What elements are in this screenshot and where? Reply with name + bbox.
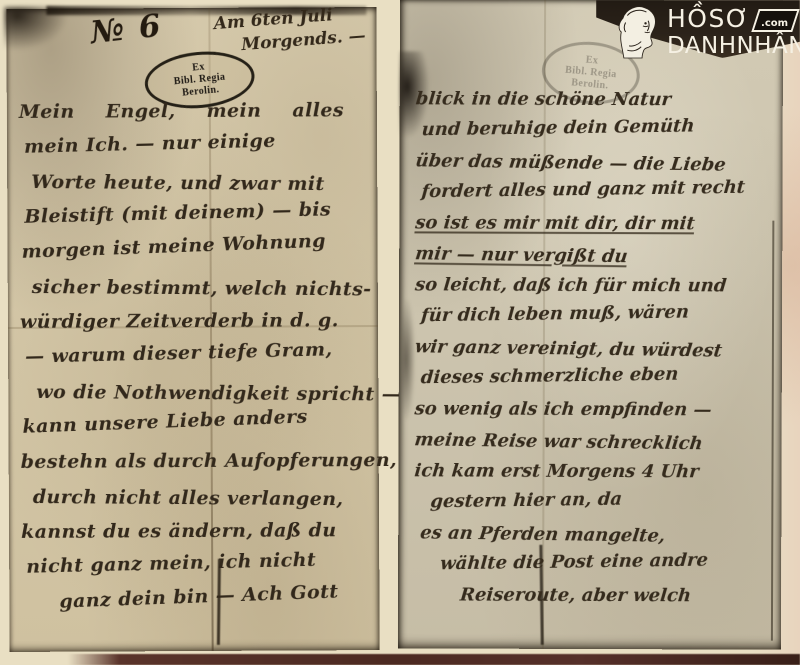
brand-text: HỒSƠ .com DANHNHÂN xyxy=(667,3,800,59)
handwriting-line: gestern hier an, da xyxy=(429,481,784,517)
handwriting-line: — warum dieser tiefe Gram, xyxy=(25,331,378,375)
stamp-line-1: Ex xyxy=(585,55,599,68)
handwriting-line: so ist es mir mit dir, dir mit xyxy=(414,207,779,239)
left-letter-page: № 6 Am 6ten Juli Morgends. — Ex Bibl. Re… xyxy=(6,7,379,652)
page-edge-smudge xyxy=(4,7,68,51)
handwriting-line: wählte die Post eine andre xyxy=(439,544,784,580)
letter-photograph: № 6 Am 6ten Juli Morgends. — Ex Bibl. Re… xyxy=(0,0,800,665)
portrait-icon xyxy=(610,3,662,61)
right-page-text: blick in die schöne Naturund beruhige de… xyxy=(414,83,778,611)
handwriting-line: sicher bestimmt, welch nichts- xyxy=(32,270,384,307)
handwriting-line: fordert alles und ganz mit recht xyxy=(420,171,785,207)
backdrop-bottom-strip xyxy=(68,654,800,665)
dotcom-label: .com xyxy=(761,17,788,30)
handwriting-line: bestehn als durch Aufopferungen, xyxy=(21,443,373,480)
handwriting-line: dieses schmerzliche eben xyxy=(420,357,785,393)
brand-name-bottom: DANHNHÂN xyxy=(667,33,800,59)
handwriting-line: so wenig als ich empfinden — xyxy=(413,393,778,425)
handwriting-line: und beruhige dein Gemüth xyxy=(421,109,786,145)
brand-watermark: HỒSƠ .com DANHNHÂN xyxy=(610,3,800,61)
dotcom-badge: .com xyxy=(751,9,800,32)
handwriting-line: durch nicht alles verlangen, xyxy=(33,480,385,517)
handwriting-line: Reiseroute, aber welch xyxy=(459,580,778,612)
date-block: Am 6ten Juli Morgends. — xyxy=(213,2,367,59)
letter-number: № 6 xyxy=(89,8,164,50)
handwriting-line: für dich leben muß, wären xyxy=(420,295,785,331)
right-letter-page: Ex Bibl. Regia Berolin. blick in die sch… xyxy=(398,0,783,650)
handwriting-line: mein Ich. — nur einige xyxy=(24,121,377,165)
brand-name-top: HỒSƠ xyxy=(667,6,750,32)
left-page-text: Mein Engel, mein allesmein Ich. — nur ei… xyxy=(19,93,374,620)
